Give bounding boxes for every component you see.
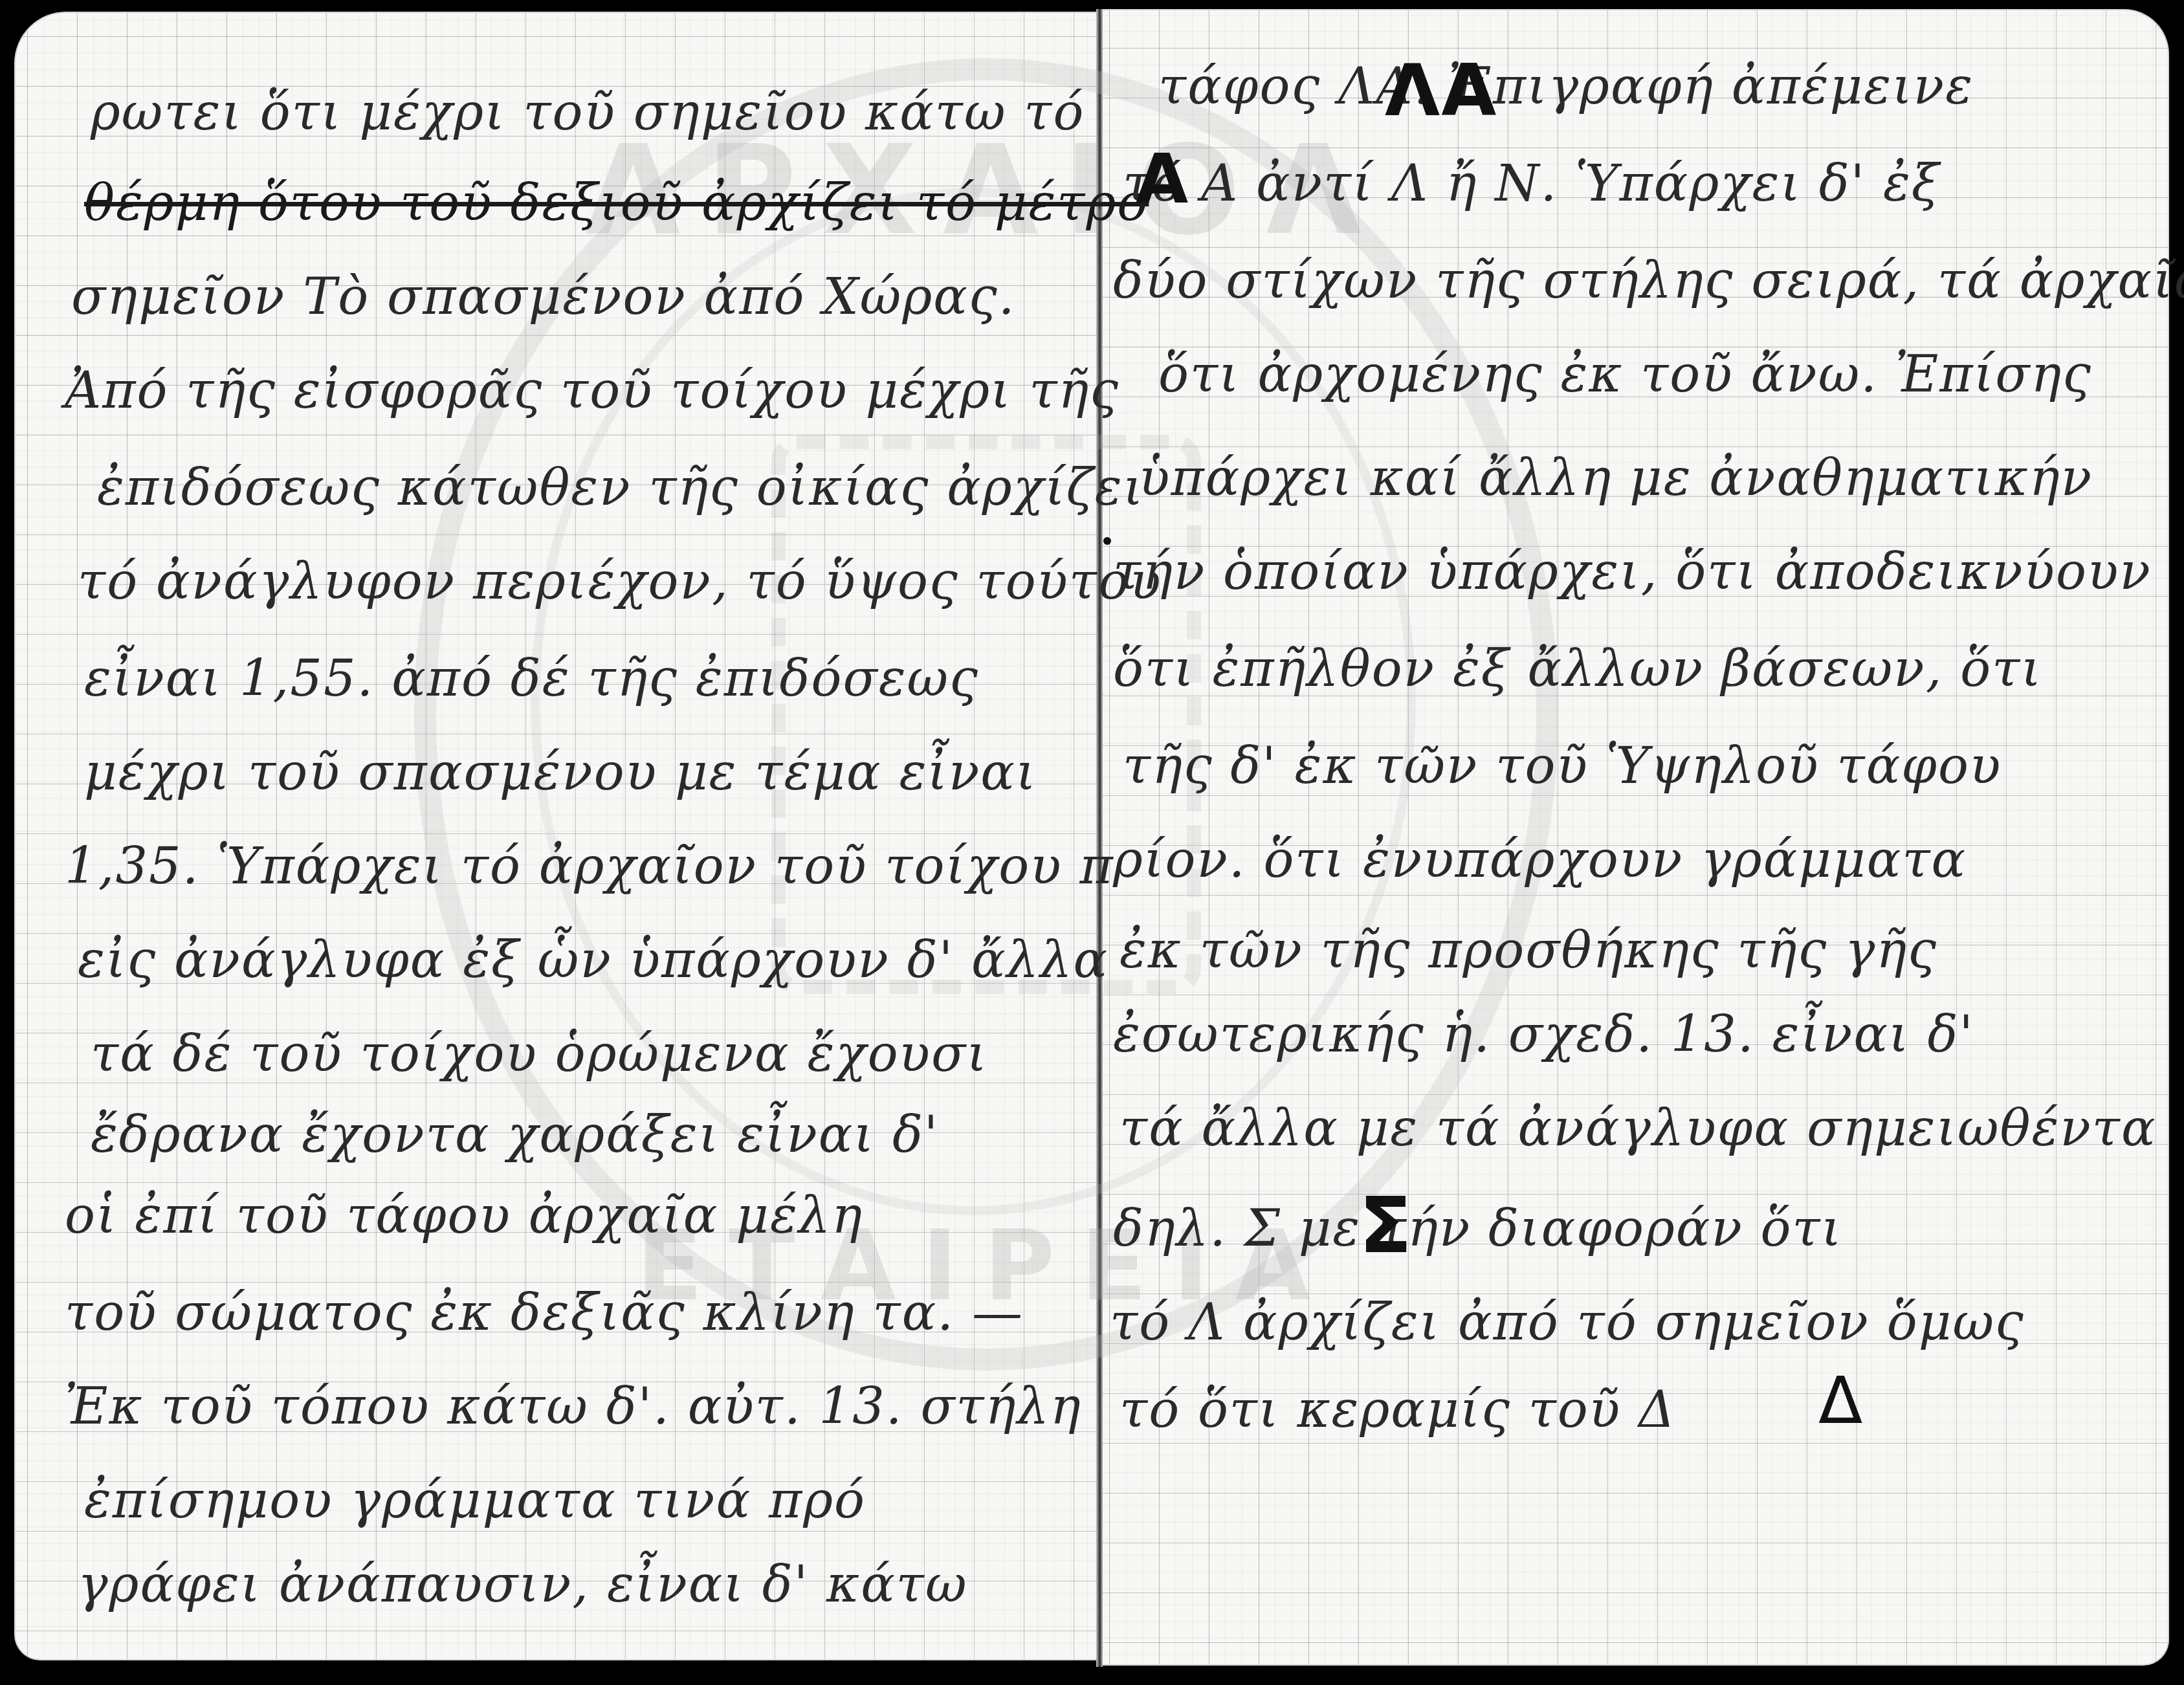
letter-delta-mark: Δ (1818, 1369, 1864, 1433)
left-line-14: τοῦ σώματος ἐκ δεξιᾶς κλίνη τα. — (65, 1288, 1024, 1338)
letter-alpha-mark: Α (1136, 146, 1189, 214)
left-line-7: εἶναι 1,55. ἀπό δέ τῆς ἐπιδόσεως (84, 654, 979, 704)
left-line-16: ἐπίσημου γράμματα τινά πρό (84, 1475, 866, 1526)
right-line-6: τήν ὁποίαν ὑπάρχει, ὅτι ἀποδεικνύουν (1113, 547, 2152, 597)
right-line-5: ὑπάρχει καί ἄλλη με ἀναθηματικήν (1139, 453, 2093, 503)
left-line-17: γράφει ἀνάπαυσιν, εἶναι δ' κάτω (78, 1559, 968, 1610)
ink-dot (1103, 537, 1111, 545)
left-line-13: οἱ ἐπί τοῦ τάφου ἀρχαῖα μέλη (65, 1191, 863, 1241)
left-line-4: Ἀπό τῆς εἰσφορᾶς τοῦ τοίχου μέχρι τῆς (65, 366, 1120, 416)
left-line-12: ἔδρανα ἔχοντα χαράξει εἶναι δ' (91, 1110, 939, 1160)
left-line-3: σημεῖον Τὸ σπασμένον ἀπό Χώρας. (71, 272, 1015, 322)
letter-la-mark: ΛΑ (1385, 55, 1497, 126)
strikethrough-word: θέρμη ὅτου τοῦ δεξιοῦ ἀρχίζει τό μέτρο (84, 174, 1149, 232)
right-line-12: τά ἄλλα με τά ἀνάγλυφα σημειωθέντα (1120, 1103, 2157, 1154)
right-line-13: δηλ. Σ με τήν διαφοράν ὅτι (1113, 1204, 1842, 1254)
left-line-1: ρωτει ὅτι μέχρι τοῦ σημεῖου κάτω τό (91, 87, 1085, 138)
left-line-11: τά δέ τοῦ τοίχου ὁρώμενα ἔχουσι (91, 1029, 988, 1079)
right-line-9: ρίον. ὅτι ἐνυπάρχουν γράμματα (1113, 835, 1967, 885)
right-line-15: τό ὅτι κεραμίς τοῦ Δ (1120, 1385, 1676, 1435)
right-line-8: τῆς δ' ἐκ τῶν τοῦ Ὑψηλοῦ τάφου (1123, 741, 2002, 791)
right-line-4: ὅτι ἀρχομένης ἐκ τοῦ ἄνω. Ἐπίσης (1158, 349, 2092, 400)
right-line-7: ὅτι ἐπῆλθον ἐξ ἄλλων βάσεων, ὅτι (1113, 644, 2042, 694)
left-line-6: τό ἀνάγλυφον περιέχον, τό ὕψος τούτου (78, 556, 1162, 607)
right-line-2: τό Α ἀντί Λ ἤ Ν. Ὑπάρχει δ' ἐξ (1123, 159, 1941, 209)
right-line-14: τό Λ ἀρχίζει ἀπό τό σημεῖον ὅμως (1110, 1297, 2025, 1348)
right-line-3: δύο στίχων τῆς στήλης σειρά, τά ἀρχαῖα (1113, 256, 2184, 306)
left-line-2: θέρμη ὅτου τοῦ δεξιοῦ ἀρχίζει τό μέτρο (84, 178, 1149, 228)
left-line-5: ἐπιδόσεως κάτωθεν τῆς οἰκίας ἀρχίζει (97, 463, 1144, 513)
left-line-8: μέχρι τοῦ σπασμένου με τέμα εἶναι (84, 747, 1037, 798)
left-line-10: εἰς ἀνάγλυφα ἐξ ὧν ὑπάρχουν δ' ἄλλα (78, 935, 1109, 986)
letter-sigma-mark: Σ (1359, 1187, 1413, 1265)
right-line-1: τάφος ΛΑ. Ἐπιγραφή ἀπέμεινε (1158, 61, 1974, 112)
left-line-15: Ἐκ τοῦ τόπου κάτω δ'. αὐτ. 13. στήλη (65, 1382, 1082, 1432)
right-line-11: ἐσωτερικής ἡ. σχεδ. 13. εἶναι δ' (1113, 1009, 1974, 1060)
left-line-9: 1,35. Ὑπάρχει τό ἀρχαῖον τοῦ τοίχου π (65, 841, 1114, 892)
right-line-10: ἐκ τῶν τῆς προσθήκης τῆς γῆς (1120, 925, 1937, 976)
